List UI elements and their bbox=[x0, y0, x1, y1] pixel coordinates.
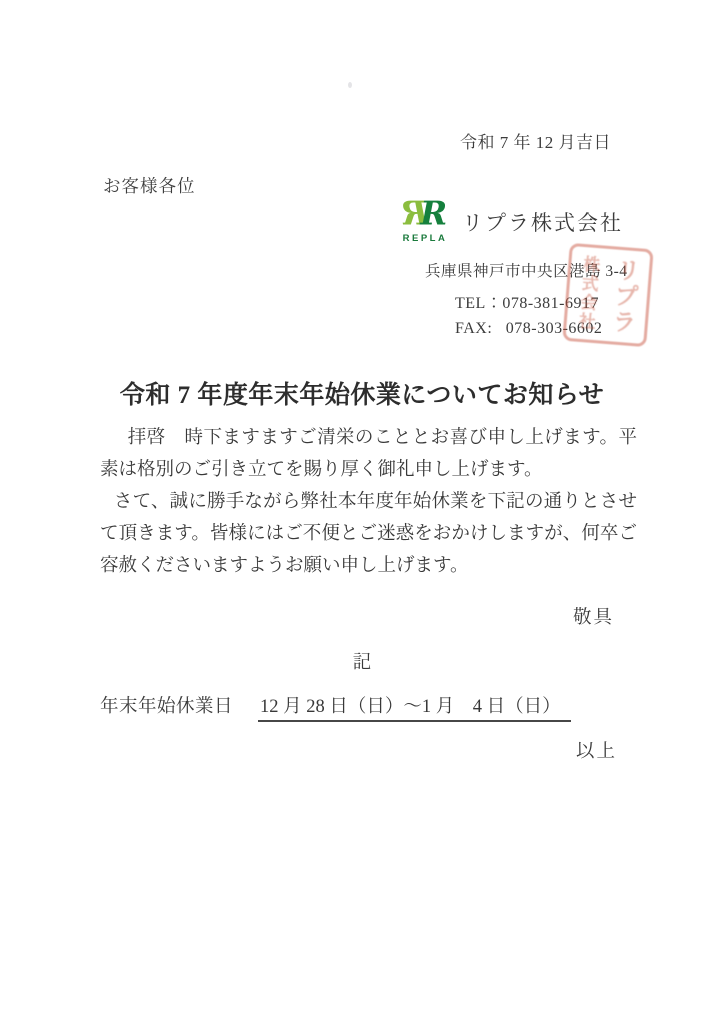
body-paragraph-2: さて、誠に勝手ながら弊社本年度年始休業を下記の通りとさせて頂きます。皆様にはご不… bbox=[100, 486, 637, 582]
scan-artifact bbox=[348, 82, 352, 88]
body-paragraph-1: 拝啓 時下ますますご清栄のこととお喜び申し上げます。平素は格別のご引き立てを賜り… bbox=[100, 422, 637, 486]
seal-text-right: リプラ bbox=[603, 256, 644, 337]
closing-keigu: 敬具 bbox=[573, 603, 614, 629]
end-mark-ijou: 以上 bbox=[576, 737, 617, 763]
notice-title: 令和 7 年度年末年始休業についてお知らせ bbox=[0, 375, 724, 411]
company-seal-stamp-icon: リプラ 株式会社 bbox=[562, 243, 653, 347]
record-heading-ki: 記 bbox=[0, 648, 724, 674]
company-logo: R R REPLA bbox=[397, 195, 453, 244]
company-name: リプラ株式会社 bbox=[462, 207, 623, 237]
repla-butterfly-logo-icon: R R bbox=[398, 195, 452, 235]
holiday-period-row: 年末年始休業日 12 月 28 日（日）～1 月 4 日（日） bbox=[100, 692, 571, 722]
letter-body: 拝啓 時下ますますご清栄のこととお喜び申し上げます。平素は格別のご引き立てを賜り… bbox=[100, 422, 637, 582]
recipient-line: お客様各位 bbox=[103, 173, 196, 198]
letter-date: 令和 7 年 12 月吉日 bbox=[460, 128, 611, 153]
seal-text-left: 株式会社 bbox=[572, 255, 603, 333]
logo-wordmark: REPLA bbox=[397, 233, 453, 244]
svg-text:R: R bbox=[419, 195, 447, 233]
holiday-period-label: 年末年始休業日 bbox=[100, 692, 233, 718]
holiday-period-dates: 12 月 28 日（日）～1 月 4 日（日） bbox=[258, 692, 571, 722]
letter-page: 令和 7 年 12 月吉日 お客様各位 R R REPLA リプラ株式会社 兵庫… bbox=[0, 0, 724, 1024]
